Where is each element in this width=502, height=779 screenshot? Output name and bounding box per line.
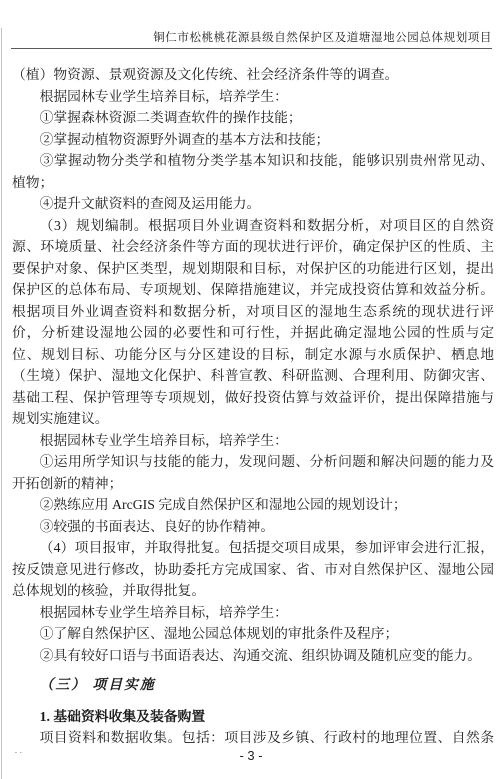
- paragraph: 根据园林专业学生培养目标，培养学生：: [12, 602, 494, 624]
- paragraph-continuation: （植）物资源、景观资源及文化传统、社会经济条件等的调查。: [12, 64, 494, 86]
- list-item-circled-2: ②掌握动植物资源野外调查的基本方法和技能；: [12, 129, 494, 151]
- list-item-circled-1: ①掌握森林资源二类调查软件的操作技能；: [12, 107, 494, 129]
- list-item-circled-1: ①了解自然保护区、湿地公园总体规划的审批条件及程序；: [12, 623, 494, 645]
- list-item-circled-2: ②具有较好口语与书面语表达、沟通交流、组织协调及随机应变的能力。: [12, 645, 494, 667]
- document-page: 铜仁市松桃桃花源县级自然保护区及道塘湿地公园总体规划项目 （植）物资源、景观资源…: [0, 0, 502, 779]
- paragraph: （3）规划编制。根据项目外业调查资料和数据分析，对项目区的自然资源、环境质量、社…: [12, 215, 494, 430]
- scan-edge-line: [1, 28, 2, 779]
- numbered-heading: 1. 基础资料收集及装备购置: [12, 706, 494, 728]
- page-header-title: 铜仁市松桃桃花源县级自然保护区及道塘湿地公园总体规划项目: [12, 29, 492, 45]
- list-item-circled-3: ③掌握动物分类学和植物分类学基本知识和技能，能够识别贵州常见动、植物；: [12, 150, 494, 193]
- section-heading: （三） 项目实施: [12, 674, 494, 696]
- list-item-circled-4: ④提升文献资料的查阅及运用能力。: [12, 193, 494, 215]
- list-item-circled-1: ①运用所学知识与技能的能力，发现问题、分析问题和解决问题的能力及开拓创新的精神；: [12, 451, 494, 494]
- paragraph: 根据园林专业学生培养目标，培养学生：: [12, 430, 494, 452]
- list-item-circled-3: ③较强的书面表达、良好的协作精神。: [12, 516, 494, 538]
- document-body: （植）物资源、景观资源及文化传统、社会经济条件等的调查。 根据园林专业学生培养目…: [12, 53, 494, 753]
- header-rule: [11, 48, 492, 49]
- paragraph: （4）项目报审，并取得批复。包括提交项目成果，参加评审会进行汇报，按反馈意见进行…: [12, 537, 494, 602]
- page-number: - 3 -: [0, 748, 502, 763]
- list-item-circled-2: ②熟练应用 ArcGIS 完成自然保护区和湿地公园的规划设计；: [12, 494, 494, 516]
- paragraph: 根据园林专业学生培养目标，培养学生：: [12, 86, 494, 108]
